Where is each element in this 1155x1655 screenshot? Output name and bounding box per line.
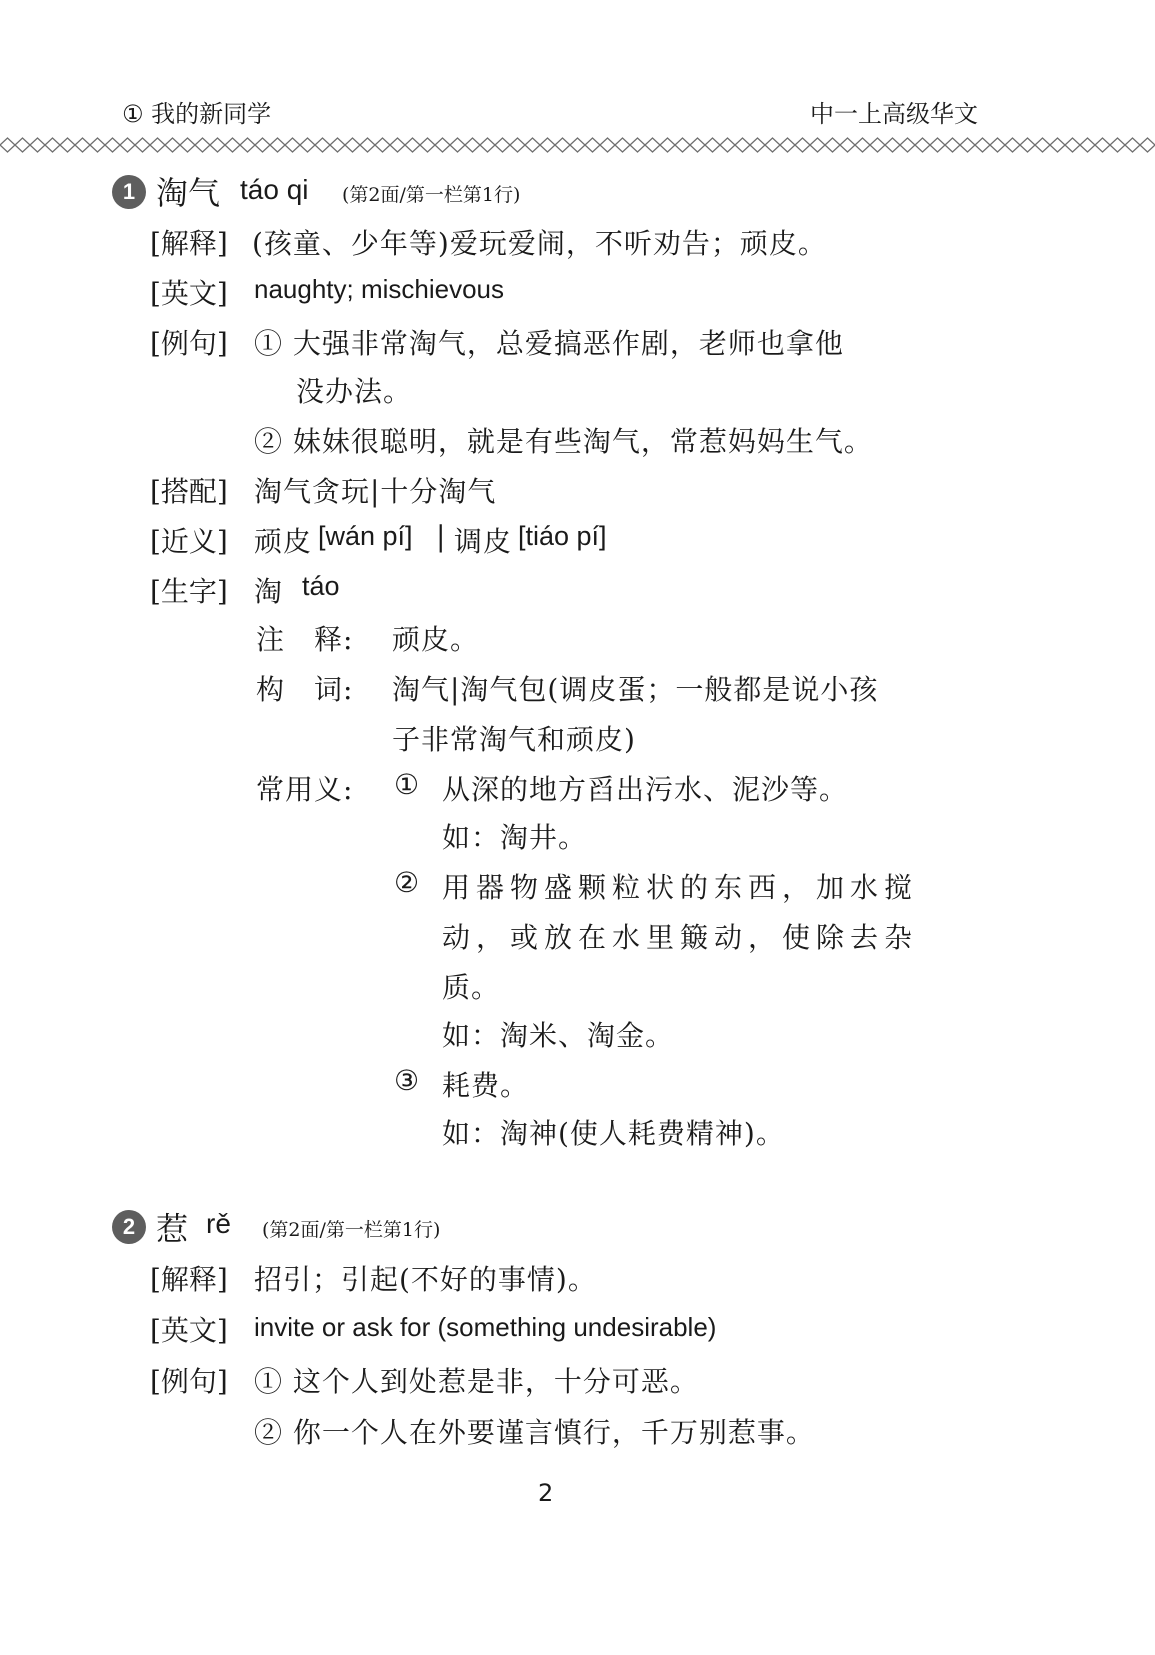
- example-2: ② 你一个人在外要谨言慎行，千万别惹事。: [254, 1411, 815, 1451]
- examples-tag: [例句]: [150, 1360, 228, 1400]
- explanation-text: 招引；引起(不好的事情)。: [254, 1258, 597, 1298]
- synonym-pinyin: [wán pí]: [318, 521, 413, 552]
- book-title: 中一上高级华文: [810, 94, 978, 129]
- headword: 惹: [156, 1204, 188, 1250]
- headword: 淘气: [156, 168, 220, 214]
- textbook-reference: (第2面/第一栏第1行): [342, 180, 520, 207]
- explanation-tag: [解释]: [150, 1258, 228, 1298]
- meaning-text-cont: 动，或放在水里簸动，使除去杂: [442, 916, 918, 956]
- annotation-text: 顽皮。: [392, 618, 479, 658]
- english-tag: [英文]: [150, 272, 228, 312]
- example-1: ① 大强非常淘气，总爱搞恶作剧，老师也拿他: [254, 322, 844, 362]
- meaning-number: ③: [394, 1064, 420, 1097]
- meaning-example: 如：淘米、淘金。: [442, 1014, 674, 1054]
- examples-tag: [例句]: [150, 322, 228, 362]
- meaning-number: ②: [394, 866, 420, 899]
- meaning-text: 用器物盛颗粒状的东西，加水搅: [442, 866, 918, 906]
- compounds-label: 构 词:: [256, 668, 353, 708]
- headword-pinyin: rě: [206, 1208, 231, 1240]
- new-character-pinyin: táo: [302, 571, 340, 602]
- synonym-separator: |: [436, 520, 446, 553]
- collocation-text: 淘气贪玩|十分淘气: [254, 470, 496, 510]
- meaning-example: 如：淘井。: [442, 816, 587, 856]
- compounds-text-cont: 子非常淘气和顽皮): [392, 718, 636, 758]
- compounds-text: 淘气|淘气包(调皮蛋；一般都是说小孩: [392, 668, 878, 708]
- new-character-tag: [生字]: [150, 570, 228, 610]
- meaning-number: ①: [394, 768, 420, 801]
- example-2: ② 妹妹很聪明，就是有些淘气，常惹妈妈生气。: [254, 420, 873, 460]
- synonyms-tag: [近义]: [150, 520, 228, 560]
- headword-pinyin: táo qi: [240, 174, 309, 206]
- synonym-word: 调皮: [454, 520, 512, 560]
- entry-number-badge: 1: [112, 175, 146, 209]
- example-1-cont: 没办法。: [296, 370, 412, 410]
- annotation-label: 注 释:: [256, 618, 353, 658]
- diamond-border-divider: [0, 136, 1155, 154]
- synonym-word: 顽皮: [254, 520, 312, 560]
- textbook-reference: (第2面/第一栏第1行): [262, 1215, 440, 1242]
- meaning-text: 耗费。: [442, 1064, 529, 1104]
- meaning-example: 如：淘神(使人耗费精神)。: [442, 1112, 785, 1152]
- english-tag: [英文]: [150, 1309, 228, 1349]
- meaning-text: 从深的地方舀出污水、泥沙等。: [442, 768, 848, 808]
- new-character: 淘: [254, 570, 283, 610]
- collocation-tag: [搭配]: [150, 470, 228, 510]
- english-text: invite or ask for (something undesirable…: [254, 1312, 716, 1343]
- meaning-text-cont: 质。: [442, 966, 500, 1006]
- synonym-pinyin: [tiáo pí]: [518, 521, 607, 552]
- explanation-text: (孩童、少年等)爱玩爱闹，不听劝告；顽皮。: [252, 222, 827, 262]
- entry-number-badge: 2: [112, 1210, 146, 1244]
- explanation-tag: [解释]: [150, 222, 228, 262]
- common-meanings-label: 常用义:: [256, 768, 353, 808]
- english-text: naughty; mischievous: [254, 274, 504, 305]
- chapter-title: ① 我的新同学: [122, 94, 271, 129]
- page-number: 2: [538, 1479, 553, 1507]
- example-1: ① 这个人到处惹是非，十分可恶。: [254, 1360, 699, 1400]
